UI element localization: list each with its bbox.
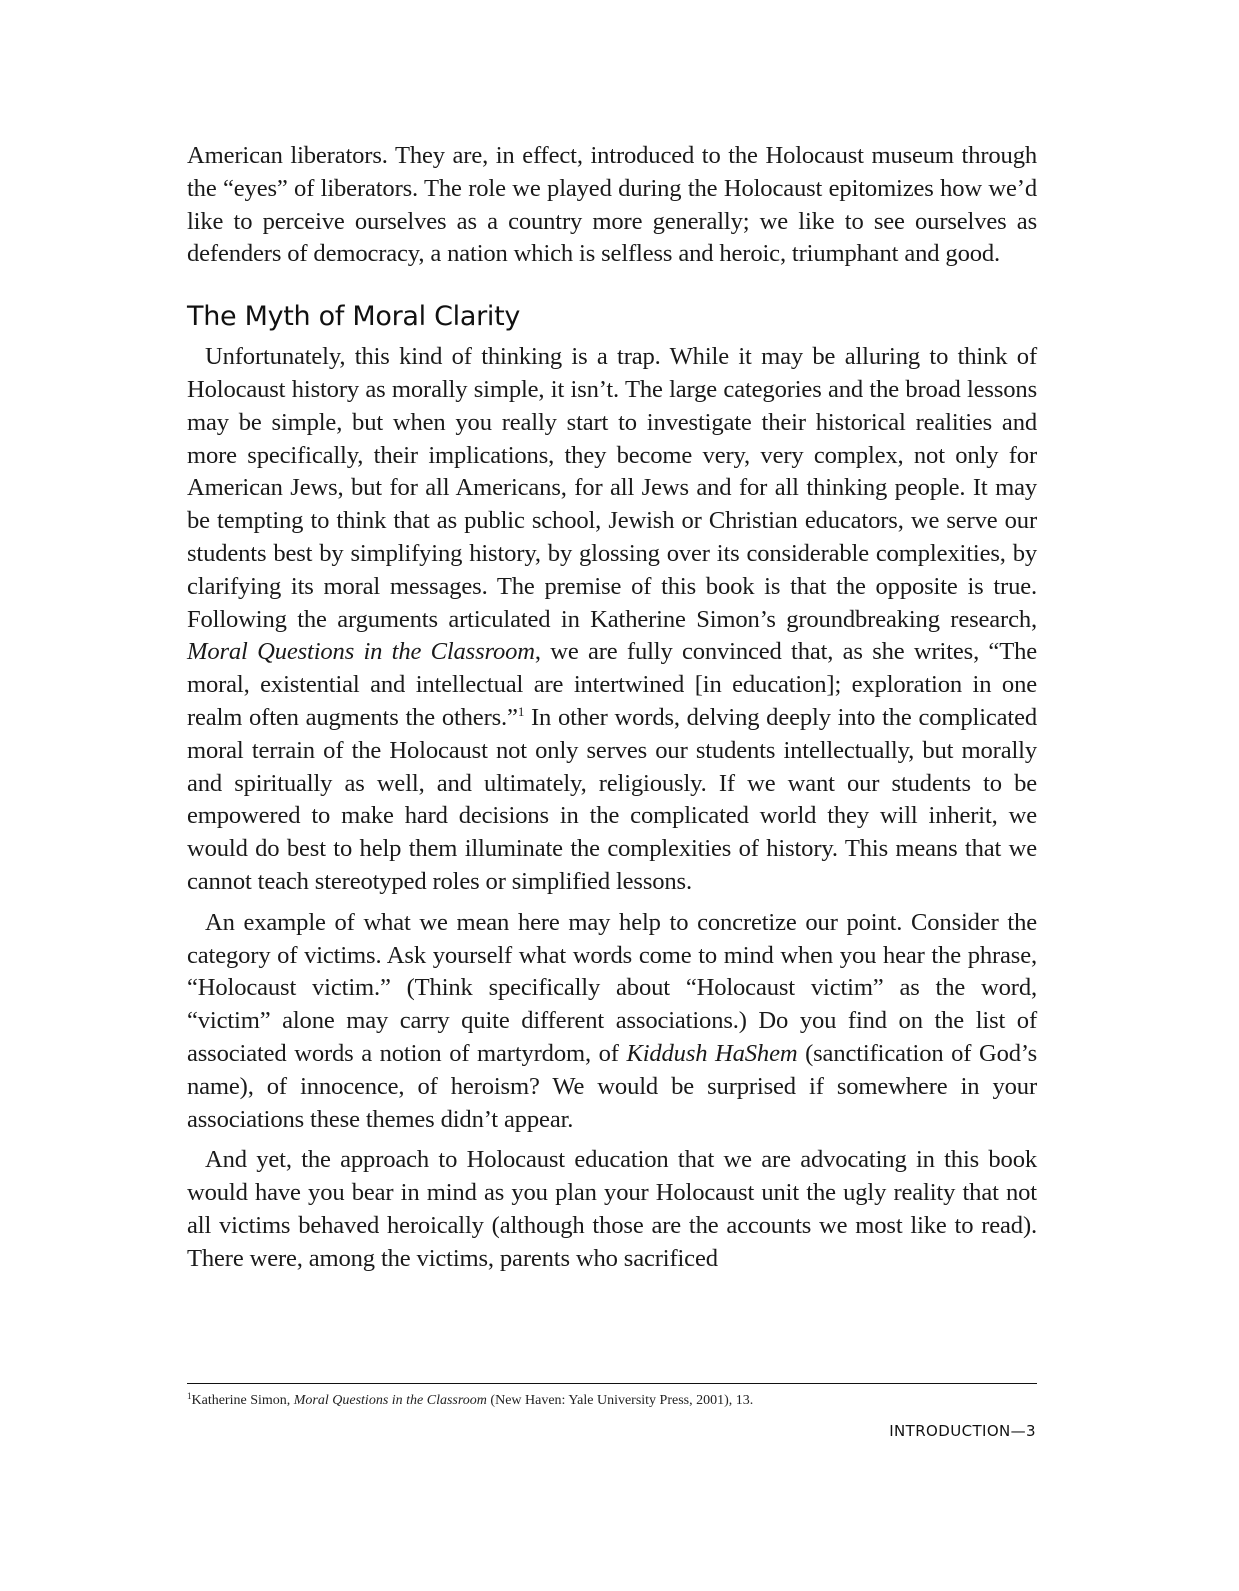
paragraph-myth-part3: In other words, delving deeply into the … (187, 704, 1037, 895)
section-heading: The Myth of Moral Clarity (187, 297, 1037, 337)
paragraph-example: An example of what we mean here may help… (187, 907, 1037, 1137)
kiddush-hashem-italic: Kiddush HaShem (626, 1040, 797, 1067)
paragraph-myth: Unfortunately, this kind of thinking is … (187, 341, 1037, 899)
paragraph-and-yet: And yet, the approach to Holocaust educa… (187, 1144, 1037, 1275)
book-title-italic: Moral Questions in the Classroom (187, 638, 535, 665)
footnote-citation: (New Haven: Yale University Press, 2001)… (487, 1393, 753, 1408)
footnote-divider (187, 1383, 1037, 1384)
paragraph-myth-part1: Unfortunately, this kind of thinking is … (187, 343, 1037, 632)
footnote-title: Moral Questions in the Classroom (294, 1393, 487, 1408)
paragraph-liberators: American liberators. They are, in effect… (187, 140, 1037, 271)
footnote: 1Katherine Simon, Moral Questions in the… (187, 1392, 1037, 1410)
footnote-author: Katherine Simon, (192, 1393, 294, 1408)
page-body: American liberators. They are, in effect… (187, 140, 1037, 1276)
running-footer-page-number: INTRODUCTION—3 (889, 1422, 1036, 1440)
